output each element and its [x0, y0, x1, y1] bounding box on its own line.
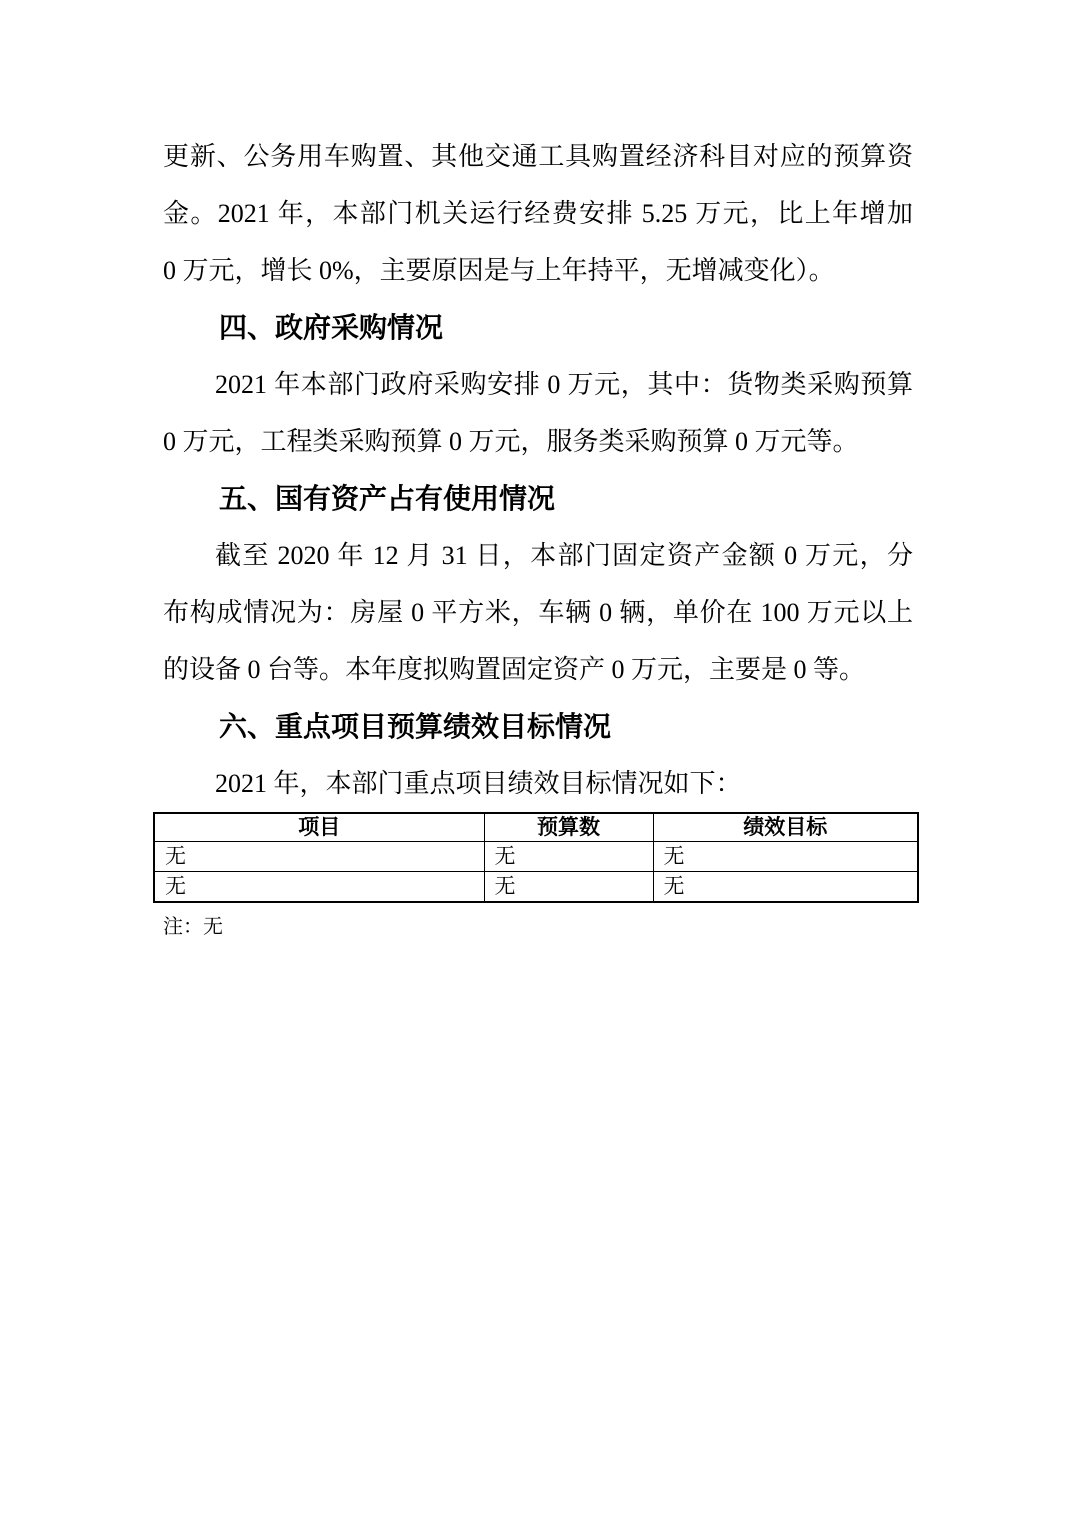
performance-targets-table: 项目 预算数 绩效目标 无 无 无 无 无 无 — [153, 812, 919, 903]
section-key-project-performance: 六、重点项目预算绩效目标情况 2021 年，本部门重点项目绩效目标情况如下： — [163, 698, 913, 812]
section-heading: 五、国有资产占有使用情况 — [163, 470, 913, 527]
paragraph-line: 布构成情况为：房屋 0 平方米，车辆 0 辆，单价在 100 万元以上 — [163, 584, 913, 641]
table-header-row: 项目 预算数 绩效目标 — [154, 813, 918, 842]
paragraph-line: 2021 年，本部门重点项目绩效目标情况如下： — [163, 755, 913, 812]
paragraph-line: 2021 年本部门政府采购安排 0 万元，其中：货物类采购预算 — [163, 356, 913, 413]
paragraph-line: 的设备 0 台等。本年度拟购置固定资产 0 万元，主要是 0 等。 — [163, 641, 913, 698]
paragraph-line: 金。2021 年，本部门机关运行经费安排 5.25 万元，比上年增加 — [163, 185, 913, 242]
table-row: 无 无 无 — [154, 872, 918, 903]
section-heading: 四、政府采购情况 — [163, 299, 913, 356]
table-cell: 无 — [154, 872, 484, 903]
paragraph-line: 更新、公务用车购置、其他交通工具购置经济科目对应的预算资 — [163, 128, 913, 185]
document-page: 更新、公务用车购置、其他交通工具购置经济科目对应的预算资 金。2021 年，本部… — [0, 0, 1080, 1527]
paragraph-line: 截至 2020 年 12 月 31 日，本部门固定资产金额 0 万元，分 — [163, 527, 913, 584]
table-row: 无 无 无 — [154, 842, 918, 872]
section-heading: 六、重点项目预算绩效目标情况 — [163, 698, 913, 755]
table-header-budget: 预算数 — [484, 813, 653, 842]
paragraph-line: 0 万元，工程类采购预算 0 万元，服务类采购预算 0 万元等。 — [163, 413, 913, 470]
paragraph-line: 0 万元，增长 0%，主要原因是与上年持平，无增减变化）。 — [163, 242, 913, 299]
table-header-project: 项目 — [154, 813, 484, 842]
table-cell: 无 — [154, 842, 484, 872]
performance-targets-table-wrap: 项目 预算数 绩效目标 无 无 无 无 无 无 — [153, 812, 917, 903]
section-state-assets: 五、国有资产占有使用情况 截至 2020 年 12 月 31 日，本部门固定资产… — [163, 470, 913, 698]
table-cell: 无 — [653, 842, 918, 872]
document-content: 更新、公务用车购置、其他交通工具购置经济科目对应的预算资 金。2021 年，本部… — [163, 128, 913, 942]
table-header-performance-target: 绩效目标 — [653, 813, 918, 842]
table-cell: 无 — [484, 842, 653, 872]
table-cell: 无 — [484, 872, 653, 903]
paragraph-continuation: 更新、公务用车购置、其他交通工具购置经济科目对应的预算资 金。2021 年，本部… — [163, 128, 913, 299]
section-government-procurement: 四、政府采购情况 2021 年本部门政府采购安排 0 万元，其中：货物类采购预算… — [163, 299, 913, 470]
table-cell: 无 — [653, 872, 918, 903]
table-note: 注：无 — [163, 912, 913, 942]
